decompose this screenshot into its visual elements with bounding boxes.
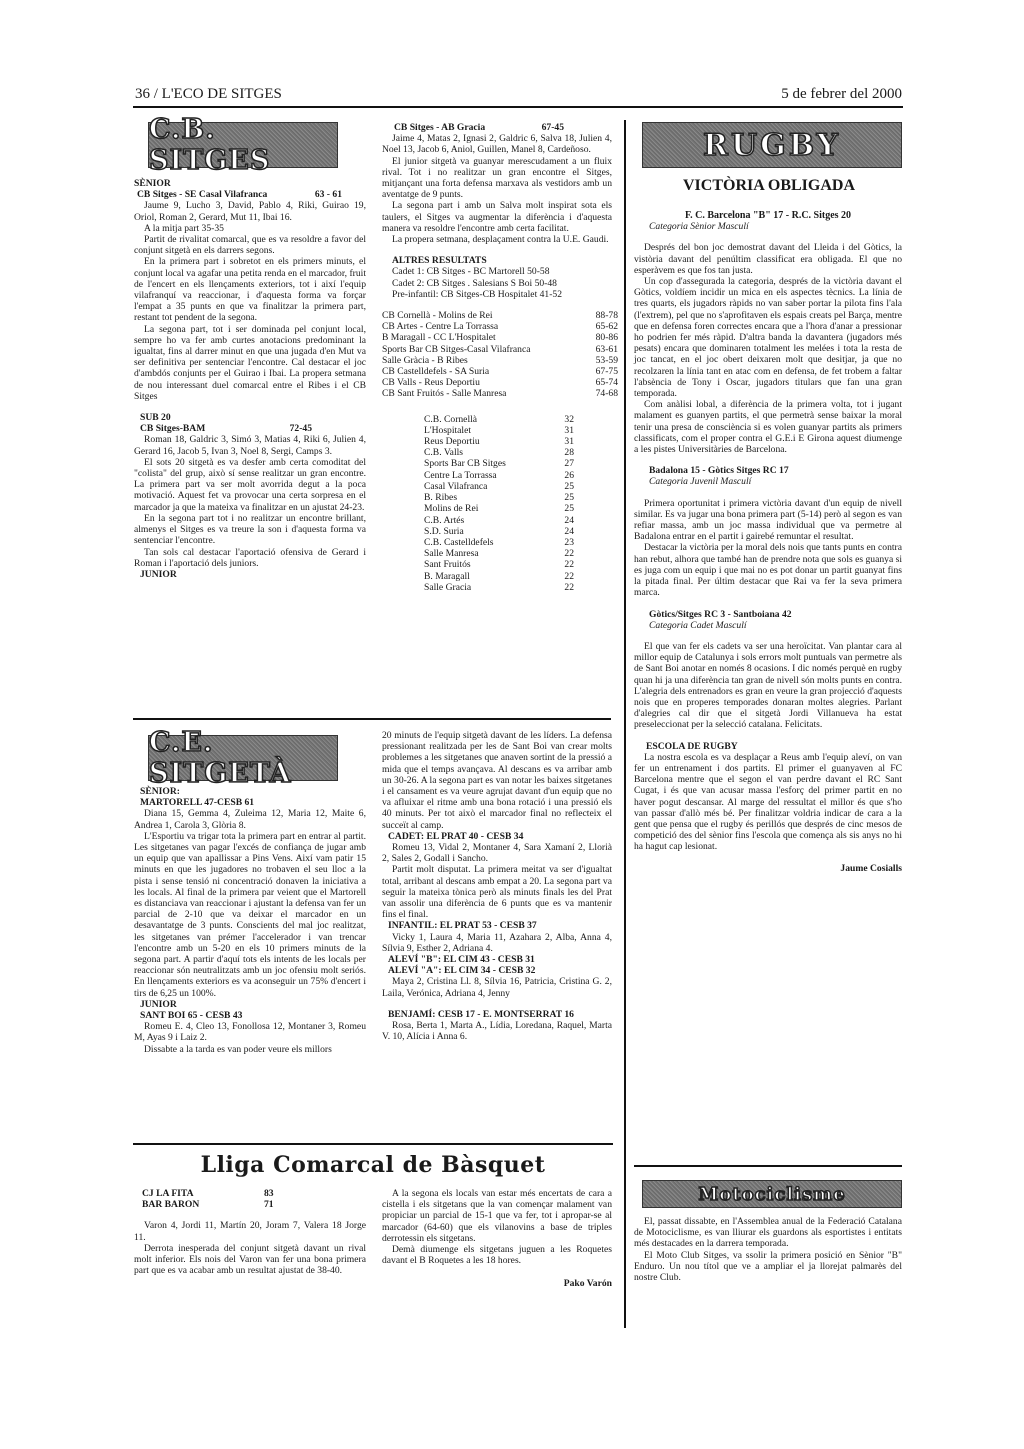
standings-row: Casal Vilafranca25 (424, 481, 574, 492)
junior-score: 67-45 (542, 122, 564, 133)
ce-sitgeta-column-2: 20 minuts de l'equip sitgetà davant de l… (382, 730, 612, 1042)
rugby-paragraph: El que van fer els cadets va ser una her… (634, 641, 902, 731)
altres-heading: ALTRES RESULTATS (382, 255, 612, 266)
ce-sitgeta-column-1: SÈNIOR: MARTORELL 47-CESB 61 Diana 15, G… (134, 786, 366, 1055)
senior-paragraph: Partit de rivalitat comarcal, que es va … (134, 234, 366, 256)
junior-match: CB Sitges - AB Gracia (394, 122, 485, 133)
junior-players: Jaime 4, Matas 2, Ignasi 2, Galdric 6, S… (382, 133, 612, 155)
ce-junior-text: Dissabte a la tarda es van poder veure e… (134, 1044, 366, 1055)
ce-alevi-players: Maya 2, Cristina Ll. 8, Sílvia 16, Patri… (382, 976, 612, 998)
senior-paragraph: La segona part, tot i ser dominada pel c… (134, 324, 366, 402)
results-row: CB Castelldefels - SA Suria67-75 (382, 366, 618, 377)
ce-infantil-players: Vicky 1, Laura 4, Maria 11, Azahara 2, A… (382, 932, 612, 954)
standings-row: S.D. Suria24 (424, 526, 574, 537)
lliga-author: Pako Varón (382, 1278, 612, 1289)
junior-paragraph: La propera setmana, desplaçament contra … (382, 234, 612, 245)
moto-paragraph: El, passat dissabte, en l'Assemblea anua… (634, 1216, 902, 1250)
standings-row: Centre La Torrassa26 (424, 470, 574, 481)
results-row: CB Sant Fruitós - Salle Manresa74-68 (382, 388, 618, 399)
standings-table: C.B. Cornellà32 L'Hospitalet31 Reus Depo… (424, 414, 612, 593)
lliga-score-1: 83 (264, 1188, 274, 1199)
cb-sitges-column-2: CB Sitges - AB Gracia 67-45 Jaime 4, Mat… (382, 122, 612, 593)
lliga-score-row: CJ LA FITA 83 (134, 1188, 366, 1199)
senior-paragraph: En la primera part i sobretot en els pri… (134, 256, 366, 323)
sub20-paragraph: Tan sols cal destacar l'aportació ofensi… (134, 547, 366, 569)
ce-senior-match: MARTORELL 47-CESB 61 (134, 797, 366, 808)
senior-score: 63 - 61 (315, 189, 342, 200)
lliga-title: Lliga Comarcal de Bàsquet (133, 1152, 613, 1178)
rugby-paragraph: Després del bon joc demostrat davant del… (634, 242, 902, 276)
junior-paragraph: El junior sitgetà va guanyar merescudame… (382, 156, 612, 201)
column-divider (624, 120, 626, 1328)
altres-line: Cadet 1: CB Sitges - BC Martorell 50-58 (382, 266, 612, 277)
sub20-match-line: CB Sitges-BAM 72-45 (134, 423, 312, 434)
standings-row: C.B. Artés24 (424, 515, 574, 526)
moto-banner: Motociclisme (642, 1180, 902, 1208)
standings-row: Salle Manresa22 (424, 548, 574, 559)
sub20-players: Roman 18, Galdric 3, Simó 3, Matias 4, R… (134, 434, 366, 456)
ce-benjami-match: BENJAMÍ: CESB 17 - E. MONTSERRAT 16 (382, 1009, 612, 1020)
ce-infantil-match: INFANTIL: EL PRAT 53 - CESB 37 (382, 920, 612, 931)
senior-match: CB Sitges - SE Casal Vilafranca (137, 189, 267, 200)
escola-heading: ESCOLA DE RUGBY (634, 741, 902, 752)
senior-halftime: A la mitja part 35-35 (134, 223, 366, 234)
standings-row: B. Ribes25 (424, 492, 574, 503)
ce-junior-text-cont: 20 minuts de l'equip sitgetà davant de l… (382, 730, 612, 831)
standings-row: L'Hospitalet31 (424, 425, 574, 436)
standings-row: Reus Deportiu31 (424, 436, 574, 447)
junior-paragraph: La segona part i amb un Salva molt inspi… (382, 200, 612, 234)
ce-senior-text: L'Esportiu va trigar tota la primera par… (134, 831, 366, 999)
rugby-paragraph: Destacar la victòria per la moral dels n… (634, 542, 902, 598)
ce-cadet-players: Romeu 13, Vidal 2, Montaner 4, Sara Xama… (382, 842, 612, 864)
lliga-score-2: 71 (264, 1199, 274, 1210)
sub20-score: 72-45 (290, 423, 312, 434)
page-header-date: 5 de febrer del 2000 (781, 86, 902, 103)
results-row: B Maragall - CC L'Hospitalet80-86 (382, 332, 618, 343)
results-row: CB Cornellà - Molins de Rei88-78 (382, 310, 618, 321)
lliga-team-1: CJ LA FITA (142, 1188, 264, 1199)
rugby-match-1-category: Categoria Sènior Masculí (634, 221, 902, 232)
rugby-match-2-category: Categoria Juvenil Masculí (634, 476, 902, 487)
standings-row: C.B. Cornellà32 (424, 414, 574, 425)
cb-sitges-banner-text: C.B. SITGES (149, 114, 337, 176)
ce-sitgeta-banner: C.E. SITGETÀ (148, 735, 338, 781)
ce-senior-players: Diana 15, Gemma 4, Zuleima 12, Maria 12,… (134, 808, 366, 830)
lliga-column-2: A la segona els locals van estar més enc… (382, 1188, 612, 1290)
escola-paragraph: La nostra escola es va desplaçar a Reus … (634, 752, 902, 853)
senior-players: Jaume 9, Lucho 3, David, Pablo 4, Riki, … (134, 200, 366, 222)
junior-heading: JUNIOR (134, 569, 366, 580)
results-table: CB Cornellà - Molins de Rei88-78 CB Arte… (382, 310, 618, 400)
rugby-paragraph: Primera oportunitat i primera victòria d… (634, 498, 902, 543)
sub20-match: CB Sitges-BAM (140, 423, 205, 434)
header-rule (133, 106, 903, 108)
standings-row: C.B. Castelldefels23 (424, 537, 574, 548)
standings-row: Sant Fruitós22 (424, 559, 574, 570)
results-row: CB Artes - Centre La Torrassa65-62 (382, 321, 618, 332)
rugby-match-3-title: Gòtics/Sitges RC 3 - Santboiana 42 (634, 609, 902, 620)
lliga-paragraph: Derrota inesperada del conjunt sitgetà d… (134, 1243, 366, 1277)
standings-row: Salle Gracia22 (424, 582, 574, 593)
sub20-paragraph: En la segona part tot i no realitzar un … (134, 513, 366, 547)
rugby-column: F. C. Barcelona "B" 17 - R.C. Sitges 20 … (634, 210, 902, 874)
rugby-author: Jaume Cosialls (634, 863, 902, 874)
senior-match-line: CB Sitges - SE Casal Vilafranca 63 - 61 (134, 189, 342, 200)
standings-row: B. Maragall22 (424, 571, 574, 582)
standings-row: Sports Bar CB Sitges27 (424, 458, 574, 469)
junior-match-line: CB Sitges - AB Gracia 67-45 (382, 122, 564, 133)
ce-alevi-a-match: ALEVÍ "A": EL CIM 34 - CESB 32 (382, 965, 612, 976)
section-divider (634, 1165, 902, 1167)
lliga-column-1: CJ LA FITA 83 BAR BARON 71 Varon 4, Jord… (134, 1188, 366, 1276)
standings-row: Molins de Rei25 (424, 503, 574, 514)
ce-sitgeta-banner-text: C.E. SITGETÀ (149, 727, 337, 789)
lliga-paragraph: A la segona els locals van estar més enc… (382, 1188, 612, 1244)
rugby-match-1-title: F. C. Barcelona "B" 17 - R.C. Sitges 20 (634, 210, 902, 221)
page-header-title: 36 / L'ECO DE SITGES (135, 86, 282, 103)
moto-paragraph: El Moto Club Sitges, va ssolir la primer… (634, 1250, 902, 1284)
altres-line: Cadet 2: CB Sitges . Salesians S Boi 50-… (382, 278, 612, 289)
rugby-paragraph: Com anàlisi lobal, a diferència de la pr… (634, 399, 902, 455)
rugby-match-2-title: Badalona 15 - Gòtics Sitges RC 17 (634, 465, 902, 476)
sub20-paragraph: El sots 20 sitgetà es va desfer amb cert… (134, 457, 366, 513)
ce-alevi-b-match: ALEVÍ "B": EL CIM 43 - CESB 31 (382, 954, 612, 965)
ce-junior-players: Romeu E. 4, Cleo 13, Fonollosa 12, Monta… (134, 1021, 366, 1043)
rugby-banner: RUGBY (642, 122, 902, 168)
ce-benjami-players: Rosa, Berta 1, Marta A., Lídia, Loredana… (382, 1020, 612, 1042)
lliga-score-row: BAR BARON 71 (134, 1199, 366, 1210)
moto-column: El, passat dissabte, en l'Assemblea anua… (634, 1216, 902, 1283)
standings-row: C.B. Valls28 (424, 447, 574, 458)
altres-line: Pre-infantil: CB Sitges-CB Hospitalet 41… (382, 289, 612, 300)
ce-senior-heading: SÈNIOR: (134, 786, 366, 797)
rugby-match-3-category: Categoria Cadet Masculí (634, 620, 902, 631)
newspaper-page: 36 / L'ECO DE SITGES 5 de febrer del 200… (0, 0, 1024, 1449)
results-row: Sports Bar CB Sitges-Casal Vilafranca63-… (382, 344, 618, 355)
results-row: Salle Gràcia - B Ribes53-59 (382, 355, 618, 366)
section-divider (133, 718, 611, 720)
sub20-heading: SUB 20 (134, 412, 366, 423)
lliga-team-2: BAR BARON (142, 1199, 264, 1210)
lliga-players: Varon 4, Jordi 11, Martín 20, Joram 7, V… (134, 1220, 366, 1242)
lliga-paragraph: Demà diumenge els sitgetans juguen a les… (382, 1244, 612, 1266)
results-row: CB Valls - Reus Deportiu65-74 (382, 377, 618, 388)
cb-sitges-banner: C.B. SITGES (148, 122, 338, 168)
rugby-banner-text: RUGBY (703, 128, 841, 163)
ce-junior-heading: JUNIOR (134, 999, 366, 1010)
ce-cadet-text: Partit molt disputat. La primera meitat … (382, 864, 612, 920)
cb-sitges-column-1: SÈNIOR CB Sitges - SE Casal Vilafranca 6… (134, 178, 366, 580)
moto-banner-text: Motociclisme (698, 1184, 845, 1205)
rugby-paragraph: Un cop d'assegurada la categoria, despré… (634, 276, 902, 399)
senior-heading: SÈNIOR (134, 178, 366, 189)
rugby-title: VICTÒRIA OBLIGADA (634, 177, 904, 195)
ce-cadet-match: CADET: EL PRAT 40 - CESB 34 (382, 831, 612, 842)
section-divider (133, 1143, 613, 1145)
ce-junior-match: SANT BOI 65 - CESB 43 (134, 1010, 366, 1021)
